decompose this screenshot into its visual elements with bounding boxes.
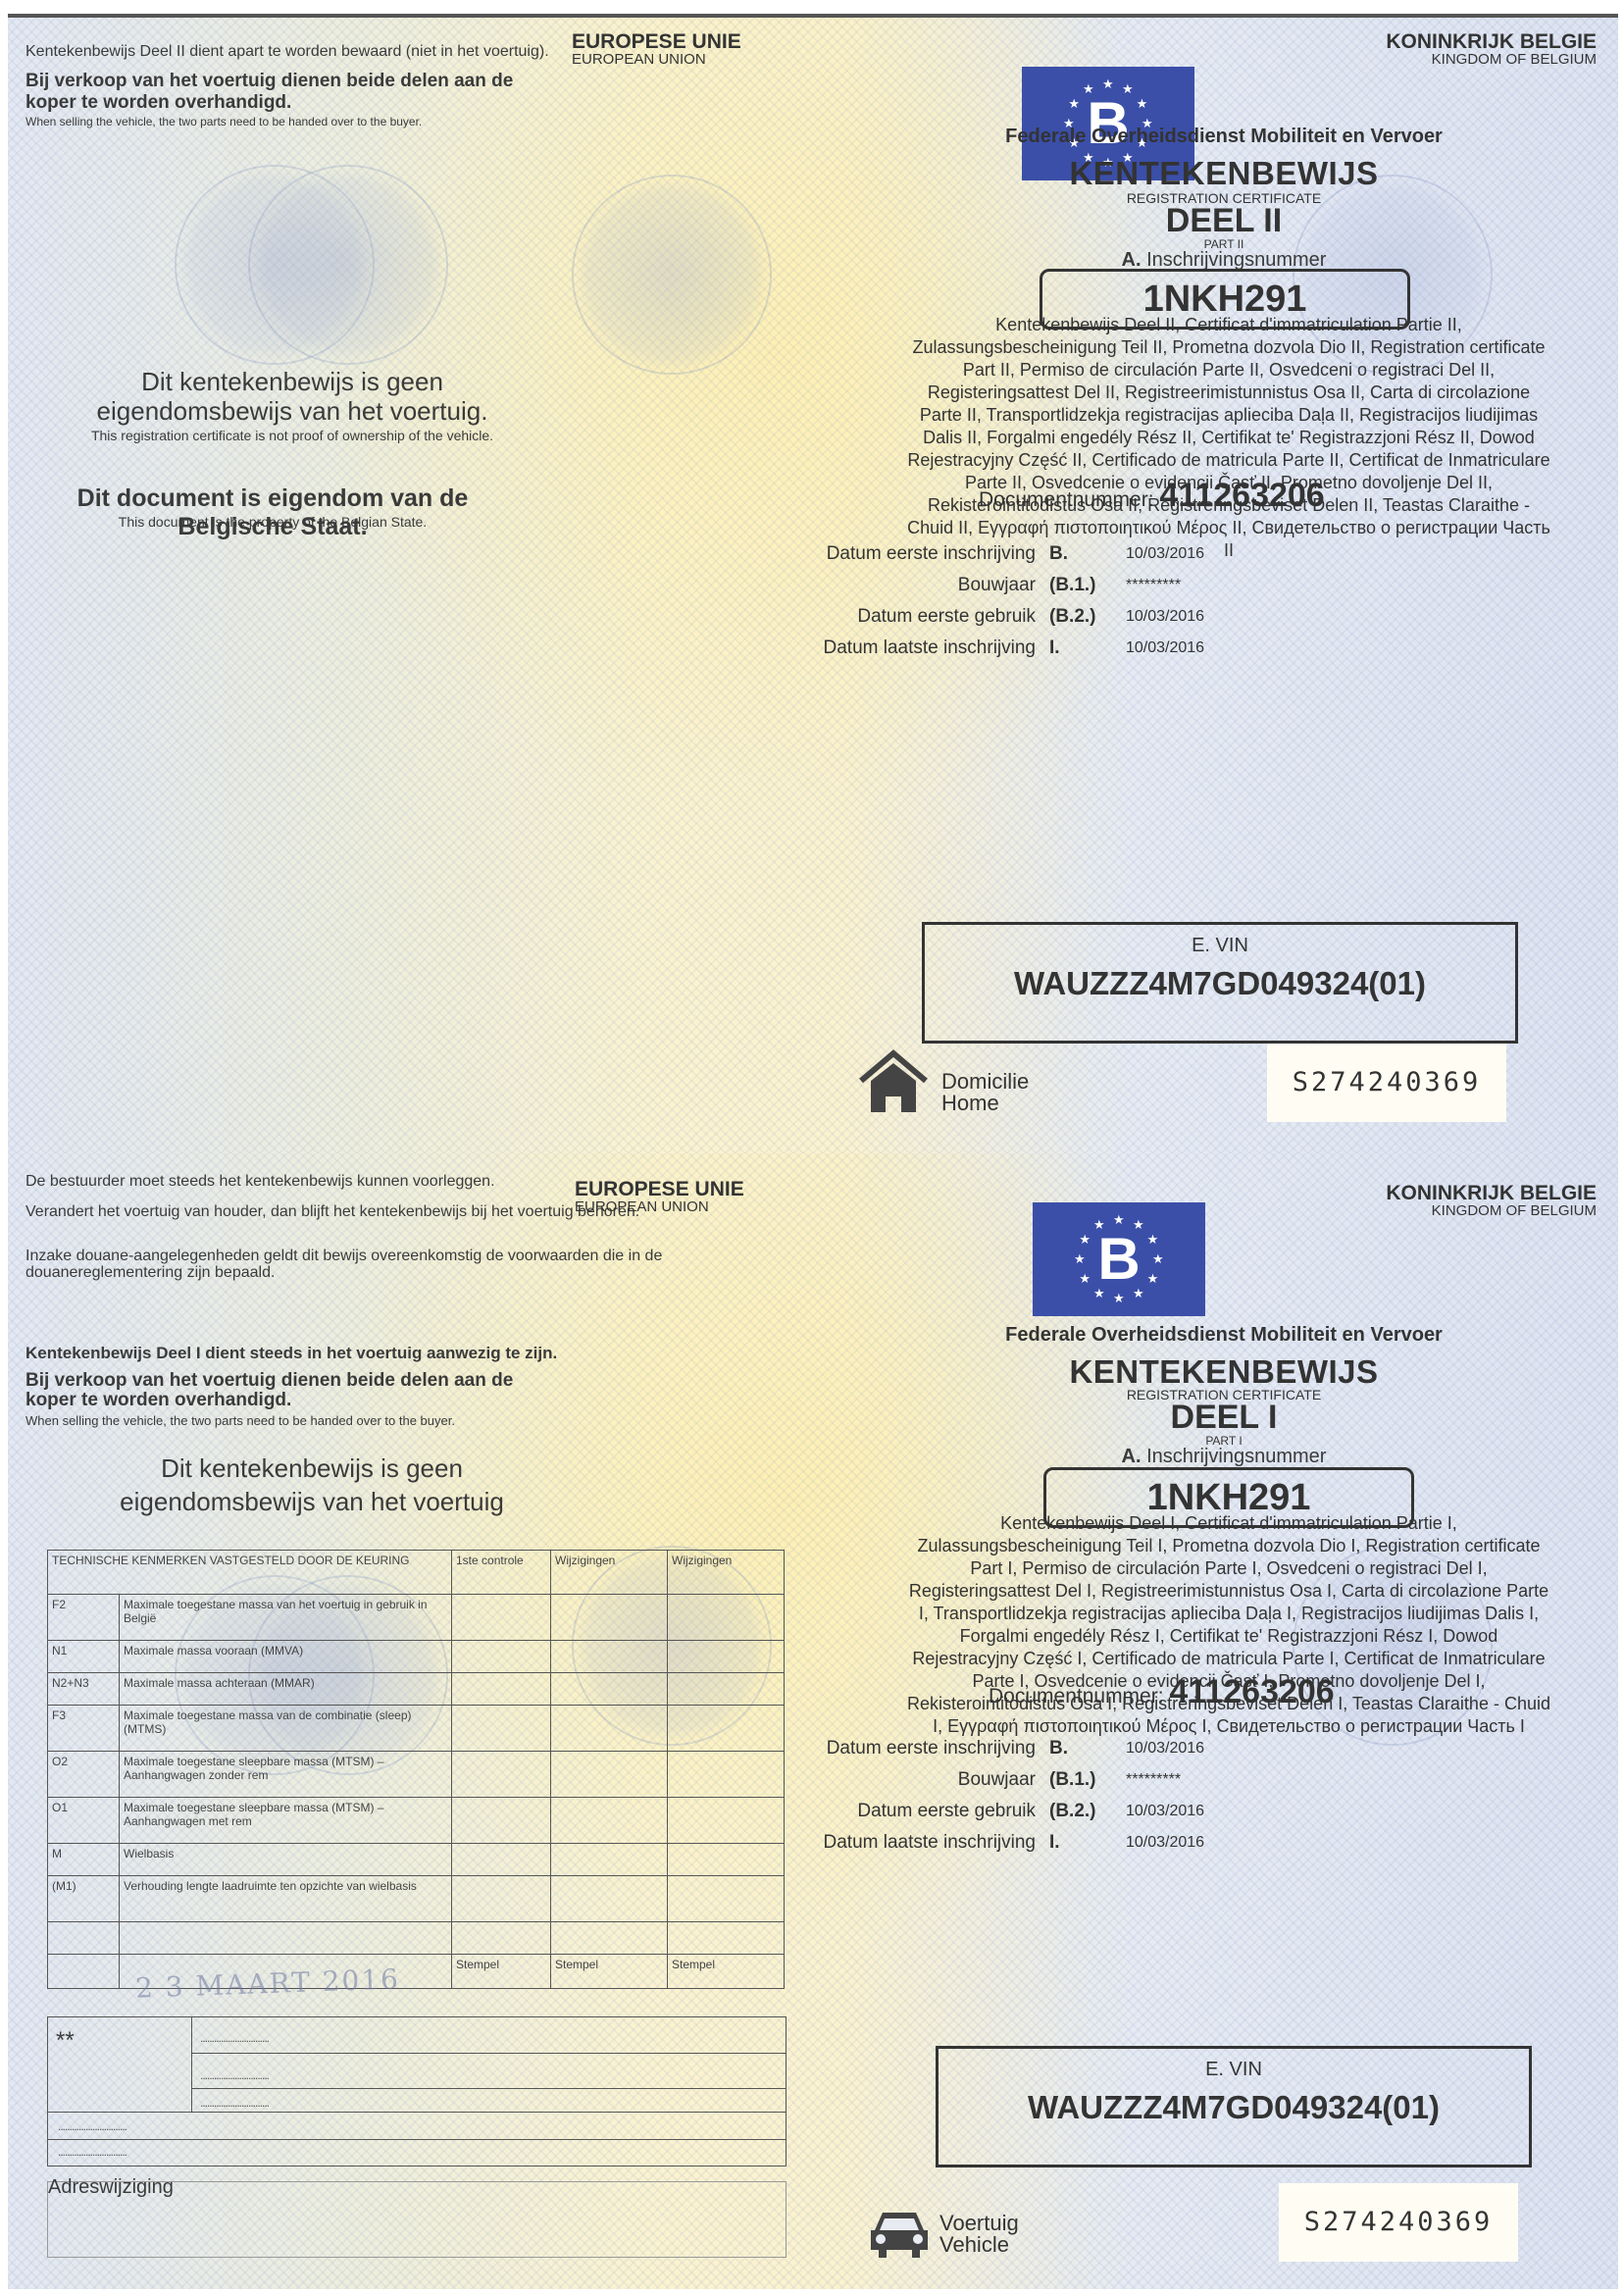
eu-star-icon: ★: [1133, 1218, 1144, 1231]
value-cell: [668, 1595, 785, 1641]
date-code: I.: [1049, 637, 1060, 659]
property-statement: Dit document is eigendom van de Belgisch…: [18, 484, 528, 541]
asterisks-marker: **: [56, 2027, 75, 2055]
row-description: Maximale massa vooraan (MMVA): [120, 1641, 452, 1673]
row-description: Maximale toegestane massa van de combina…: [120, 1706, 452, 1752]
eu-star-icon: ★: [1074, 1252, 1086, 1265]
value-cell: [668, 1641, 785, 1673]
date-value: 10/03/2016: [1126, 608, 1204, 626]
row-code: F2: [48, 1595, 120, 1641]
value-cell: [551, 1752, 668, 1798]
value-cell: [668, 1922, 785, 1955]
agency-name: Federale Overheidsdienst Mobiliteit en V…: [949, 126, 1498, 148]
stamp-cell: Stempel: [452, 1955, 551, 1989]
serial-number: S274240369: [1279, 2183, 1518, 2262]
value-cell: [452, 1844, 551, 1876]
vin-box: E. VIN WAUZZZ4M7GD049324(01): [936, 2046, 1532, 2167]
eu-star-icon: ★: [1079, 1272, 1091, 1285]
table-row: N2+N3Maximale massa achteraan (MMAR): [48, 1673, 785, 1706]
table-row: N1Maximale massa vooraan (MMVA): [48, 1641, 785, 1673]
date-code: B.: [1049, 1738, 1068, 1759]
row-description: Maximale toegestane massa van het voertu…: [120, 1595, 452, 1641]
date-label: Datum laatste inschrijving: [655, 1832, 1036, 1854]
value-cell: [551, 1798, 668, 1844]
date-label: Datum eerste inschrijving: [655, 1738, 1036, 1759]
vehicle-label: VoertuigVehicle: [939, 2213, 1019, 2256]
car-icon: [869, 2209, 930, 2260]
part-label: DEEL I: [949, 1399, 1498, 1437]
date-code: (B.1.): [1049, 1769, 1096, 1791]
table-header-cell: Wijzigingen: [668, 1551, 785, 1595]
value-cell: [551, 1673, 668, 1706]
row-description: Maximale massa achteraan (MMAR): [120, 1673, 452, 1706]
dotted-line: ..............................: [58, 2119, 127, 2133]
row-code: M: [48, 1844, 120, 1876]
row-code: N1: [48, 1641, 120, 1673]
date-value: 10/03/2016: [1126, 1803, 1204, 1820]
date-label: Bouwjaar: [655, 575, 1036, 596]
row-code: (M1): [48, 1876, 120, 1922]
certificate-part-1: De bestuurder moet steeds het kentekenbe…: [8, 1153, 1618, 2289]
certificate-part-2: Kentekenbewijs Deel II dient apart te wo…: [8, 14, 1618, 1155]
eu-star-icon: ★: [1147, 1272, 1159, 1285]
eu-star-icon: ★: [1068, 97, 1080, 110]
date-code: (B.2.): [1049, 606, 1096, 628]
row-description: Wielbasis: [120, 1844, 452, 1876]
row-code: O2: [48, 1752, 120, 1798]
table-row: [48, 1922, 785, 1955]
table-header-cell: TECHNISCHE KENMERKEN VASTGESTELD DOOR DE…: [48, 1551, 452, 1595]
table-header-cell: Wijzigingen: [551, 1551, 668, 1595]
date-value: 10/03/2016: [1126, 1834, 1204, 1852]
date-value: 10/03/2016: [1126, 1740, 1204, 1758]
notice-sell: Bij verkoop van het voertuig dienen beid…: [25, 71, 516, 114]
dotted-line: ..............................: [200, 2068, 269, 2082]
eu-star-icon: ★: [1083, 82, 1094, 95]
vin-number: WAUZZZ4M7GD049324(01): [939, 2089, 1529, 2126]
vin-number: WAUZZZ4M7GD049324(01): [925, 965, 1515, 1002]
table-row: F2Maximale toegestane massa van het voer…: [48, 1595, 785, 1641]
document-number: Documentnummer: 411263206: [989, 1673, 1335, 1711]
notice-customs: Inzake douane-aangelegenheden geldt dit …: [25, 1248, 771, 1281]
value-cell: [551, 1706, 668, 1752]
value-cell: [551, 1922, 668, 1955]
wheel-watermark: [248, 165, 448, 365]
table-header-row: TECHNISCHE KENMERKEN VASTGESTELD DOOR DE…: [48, 1551, 785, 1595]
table-header-cell: 1ste controle: [452, 1551, 551, 1595]
address-change-box: Adreswijziging: [47, 2181, 787, 2258]
row-description: [120, 1922, 452, 1955]
value-cell: [551, 1595, 668, 1641]
date-code: I.: [1049, 1832, 1060, 1854]
dotted-line: ..............................: [200, 2096, 269, 2110]
value-cell: [452, 1752, 551, 1798]
eu-star-icon: ★: [1079, 1233, 1091, 1246]
vin-box: E. VIN WAUZZZ4M7GD049324(01): [922, 922, 1518, 1044]
row-description: Maximale toegestane sleepbare massa (MTS…: [120, 1798, 452, 1844]
eu-star-icon: ★: [1113, 1213, 1125, 1226]
property-statement-en: This document is the property of the Bel…: [18, 514, 528, 530]
value-cell: [551, 1876, 668, 1922]
eu-star-icon: ★: [1147, 1233, 1159, 1246]
endorsement-box: ** .............................. ......…: [47, 2016, 787, 2167]
multilingual-title-list: Kentekenbewijs Deel II, Certificat d'imm…: [905, 314, 1552, 562]
endorsement-lines: .............................. .........…: [191, 2017, 787, 2112]
value-cell: [452, 1706, 551, 1752]
row-description: Maximale toegestane sleepbare massa (MTS…: [120, 1752, 452, 1798]
date-label: Datum eerste gebruik: [655, 606, 1036, 628]
value-cell: [452, 1595, 551, 1641]
eu-star-icon: ★: [1137, 97, 1148, 110]
address-change-label: Adreswijziging: [48, 2176, 174, 2199]
date-label: Datum laatste inschrijving: [655, 637, 1036, 659]
document-title: KENTEKENBEWIJS: [949, 155, 1498, 192]
value-cell: [668, 1673, 785, 1706]
notice-keep-in-vehicle: Kentekenbewijs Deel I dient steeds in he…: [25, 1344, 557, 1363]
date-value: 10/03/2016: [1126, 545, 1204, 563]
european-union-label: EUROPESE UNIEEUROPEAN UNION: [575, 1179, 744, 1214]
ownership-disclaimer: Dit kentekenbewijs is geen eigendomsbewi…: [47, 367, 537, 426]
kingdom-label: KONINKRIJK BELGIEKINGDOM OF BELGIUM: [1185, 31, 1597, 67]
row-code: [48, 1922, 120, 1955]
kingdom-label: KONINKRIJK BELGIEKINGDOM OF BELGIUM: [1185, 1183, 1597, 1218]
notice-sell-en: When selling the vehicle, the two parts …: [25, 1413, 455, 1428]
stamp-cell: Stempel: [668, 1955, 785, 1989]
value-cell: [452, 1798, 551, 1844]
value-cell: [452, 1922, 551, 1955]
eu-belgium-flag-icon: B ★★★★★★★★★★★★: [1033, 1202, 1205, 1316]
eu-star-icon: ★: [1093, 1287, 1105, 1300]
date-code: (B.2.): [1049, 1801, 1096, 1822]
notice-sell: Bij verkoop van het voertuig dienen beid…: [25, 1371, 516, 1410]
date-code: B.: [1049, 543, 1068, 565]
eu-star-icon: ★: [1113, 1292, 1125, 1304]
registration-number-label: A. Inschrijvingsnummer: [949, 1446, 1498, 1468]
value-cell: [452, 1641, 551, 1673]
value-cell: [551, 1844, 668, 1876]
home-icon: [857, 1047, 930, 1116]
domicile-label: DomicilieHome: [941, 1071, 1029, 1114]
notice-keep-separate: Kentekenbewijs Deel II dient apart te wo…: [25, 43, 549, 61]
date-value: *********: [1126, 577, 1181, 594]
stamp-cell: Stempel: [551, 1955, 668, 1989]
date-label: Bouwjaar: [655, 1769, 1036, 1791]
wheel-watermark: [572, 175, 772, 375]
row-code: N2+N3: [48, 1673, 120, 1706]
document-title: KENTEKENBEWIJS: [949, 1353, 1498, 1391]
date-value: 10/03/2016: [1126, 639, 1204, 657]
date-label: Datum eerste gebruik: [655, 1801, 1036, 1822]
row-code: F3: [48, 1706, 120, 1752]
date-code: (B.1.): [1049, 575, 1096, 596]
dotted-line: ..............................: [58, 2145, 127, 2159]
document-number: Documentnummer: 411263206: [979, 477, 1325, 515]
date-label: Datum eerste inschrijving: [655, 543, 1036, 565]
serial-number: S274240369: [1267, 1044, 1506, 1122]
part-label: DEEL II: [949, 202, 1498, 240]
ownership-disclaimer: Dit kentekenbewijs is geen eigendomsbewi…: [76, 1452, 547, 1518]
date-value: *********: [1126, 1771, 1181, 1789]
value-cell: [668, 1876, 785, 1922]
row-description: Verhouding lengte laadruimte ten opzicht…: [120, 1876, 452, 1922]
value-cell: [452, 1876, 551, 1922]
eu-star-icon: ★: [1152, 1252, 1164, 1265]
european-union-label: EUROPESE UNIEEUROPEAN UNION: [572, 31, 741, 67]
value-cell: [551, 1641, 668, 1673]
eu-star-icon: ★: [1133, 1287, 1144, 1300]
agency-name: Federale Overheidsdienst Mobiliteit en V…: [949, 1324, 1498, 1347]
eu-star-icon: ★: [1102, 77, 1114, 90]
row-code: O1: [48, 1798, 120, 1844]
notice-driver: De bestuurder moet steeds het kentekenbe…: [25, 1173, 495, 1191]
table-row: (M1)Verhouding lengte laadruimte ten opz…: [48, 1876, 785, 1922]
eu-star-icon: ★: [1122, 82, 1134, 95]
ownership-disclaimer-en: This registration certificate is not pro…: [47, 428, 537, 443]
notice-sell-en: When selling the vehicle, the two parts …: [25, 115, 422, 128]
value-cell: [452, 1673, 551, 1706]
eu-star-icon: ★: [1093, 1218, 1105, 1231]
dotted-line: ..............................: [200, 2031, 269, 2045]
